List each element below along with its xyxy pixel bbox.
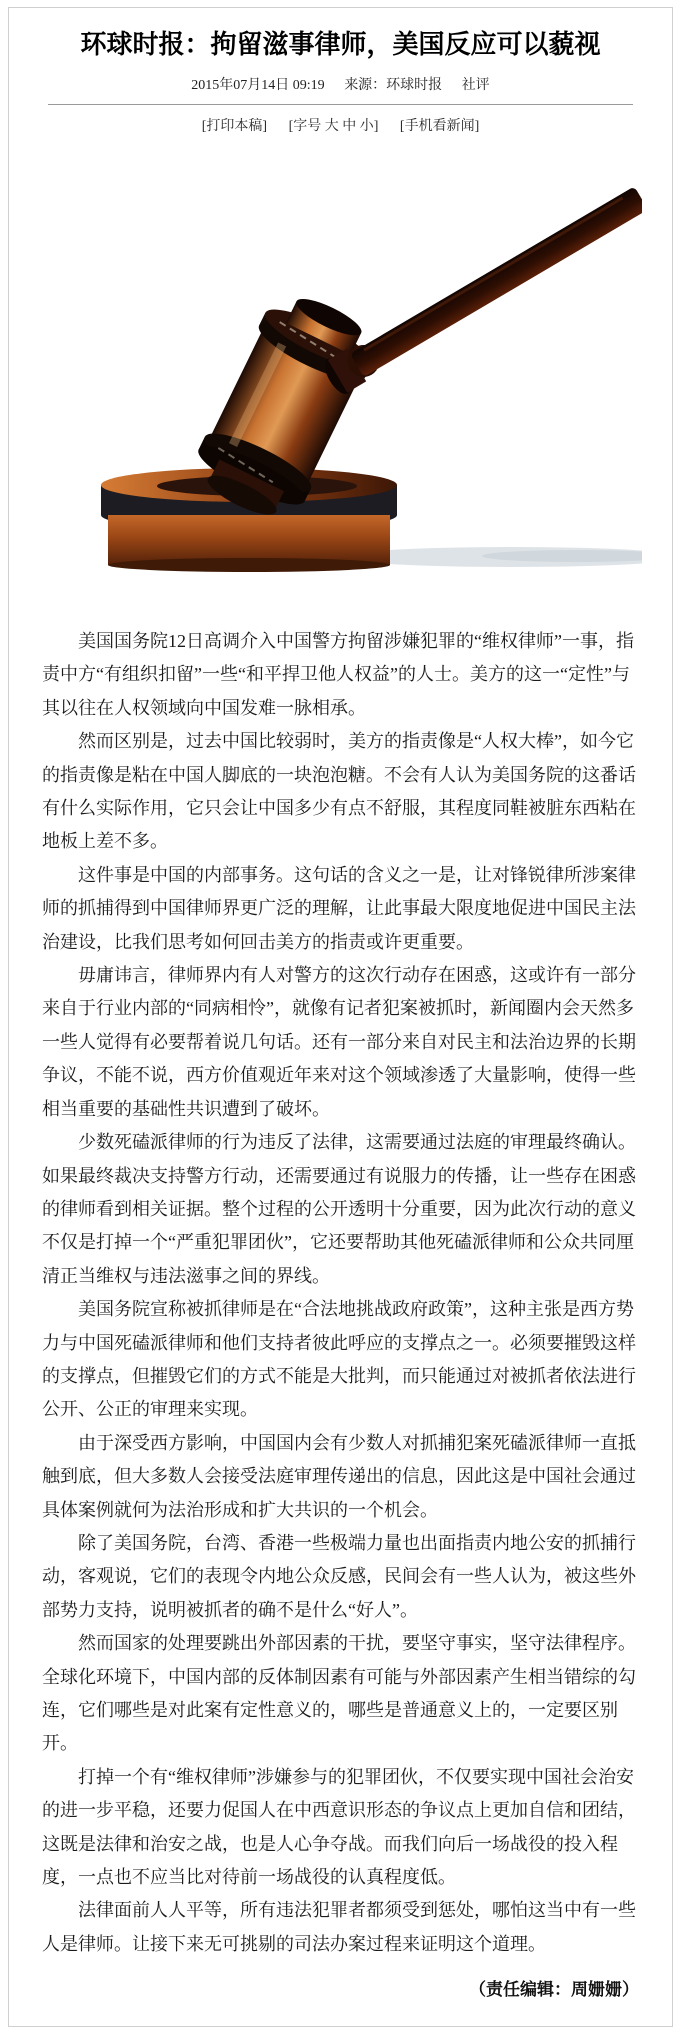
gavel-illustration [42,155,642,573]
article-body: 美国国务院12日高调介入中国警方拘留涉嫌犯罪的“维权律师”一事，指责中方“有组织… [42,625,639,1961]
paragraph-2: 然而区别是，过去中国比较弱时，美方的指责像是“人权大棒”，如今它的指责像是粘在中… [42,725,639,859]
gavel-image [42,155,642,573]
article-page: 环球时报：拘留滋事律师，美国反应可以藐视 2015年07月14日 09:19 来… [8,7,673,2027]
paragraph-4: 毋庸讳言，律师界内有人对警方的这次行动存在困惑，这或许有一部分来自于行业内部的“… [42,959,639,1126]
paragraph-10: 打掉一个有“维权律师”涉嫌参与的犯罪团伙，不仅要实现中国社会治安的进一步平稳，还… [42,1761,639,1895]
source-label: 来源：环球时报 [344,78,442,93]
article-meta: 2015年07月14日 09:19 来源：环球时报 社评 [42,74,639,94]
editor-note: （责任编辑：周姗姗） [42,1975,639,2000]
print-link[interactable]: [打印本稿] [202,119,267,134]
category-label: 社评 [462,78,490,93]
font-size-link[interactable]: [字号 大 中 小] [289,119,379,134]
toolbar: [打印本稿] [字号 大 中 小] [手机看新闻] [42,115,639,135]
paragraph-9: 然而国家的处理要跳出外部因素的干扰，要坚守事实，坚守法律程序。全球化环境下，中国… [42,1627,639,1761]
paragraph-8: 除了美国务院，台湾、香港一些极端力量也出面指责内地公安的抓捕行动，客观说，它们的… [42,1527,639,1627]
paragraph-1: 美国国务院12日高调介入中国警方拘留涉嫌犯罪的“维权律师”一事，指责中方“有组织… [42,625,639,725]
paragraph-6: 美国务院宣称被抓律师是在“合法地挑战政府政策”，这种主张是西方势力与中国死磕派律… [42,1293,639,1427]
paragraph-11: 法律面前人人平等，所有违法犯罪者都须受到惩处，哪怕这当中有一些人是律师。让接下来… [42,1894,639,1961]
paragraph-7: 由于深受西方影响，中国国内会有少数人对抓捕犯案死磕派律师一直抵触到底，但大多数人… [42,1427,639,1527]
paragraph-3: 这件事是中国的内部事务。这句话的含义之一是，让对锋锐律所涉案律师的抓捕得到中国律… [42,859,639,959]
paragraph-5: 少数死磕派律师的行为违反了法律，这需要通过法庭的审理最终确认。如果最终裁决支持警… [42,1126,639,1293]
page-title: 环球时报：拘留滋事律师，美国反应可以藐视 [42,28,639,62]
publish-datetime: 2015年07月14日 09:19 [191,78,324,93]
mobile-news-link[interactable]: [手机看新闻] [400,119,479,134]
header-divider [48,104,633,105]
